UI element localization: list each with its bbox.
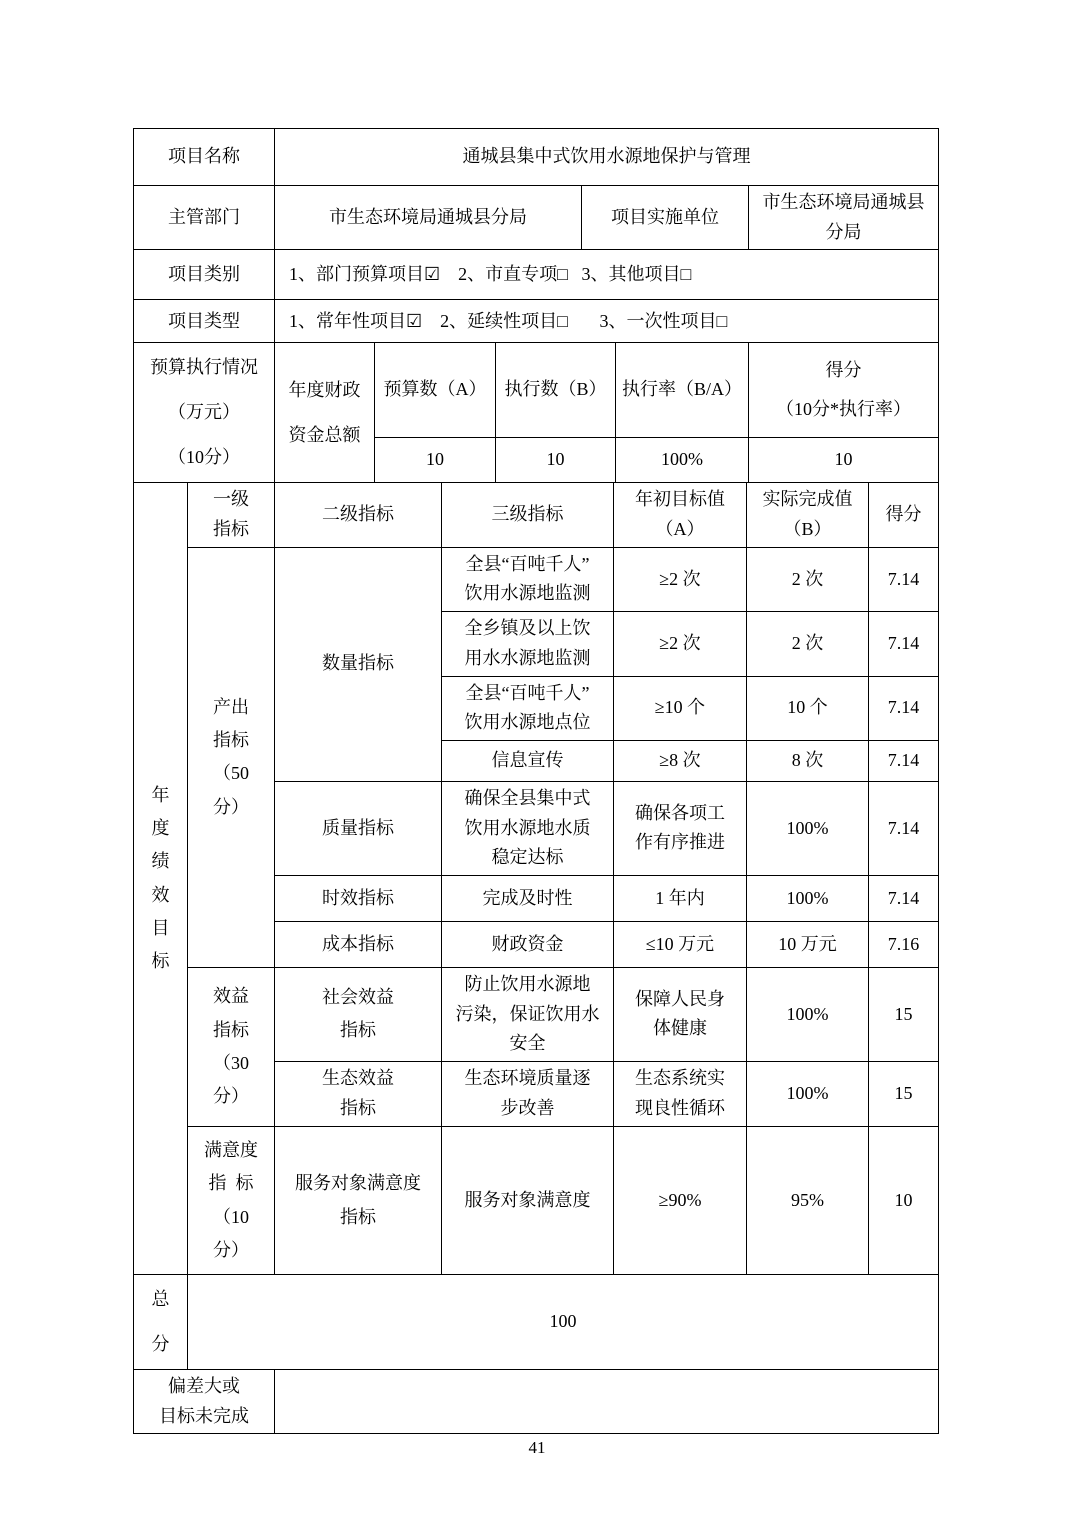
performance-indicators-table: 年 度 绩 效 目 标 一级 指标 二级指标 三级指标 年初目标值 （A） 实际… bbox=[133, 482, 939, 1275]
project-info-table: 项目名称 通城县集中式饮用水源地保护与管理 主管部门 市生态环境局通城县分局 项… bbox=[133, 128, 939, 343]
budget-score-header: 得分 （10分*执行率） bbox=[749, 343, 939, 438]
implementing-unit-label: 项目实施单位 bbox=[582, 186, 749, 250]
project-type-label: 项目类型 bbox=[134, 300, 275, 343]
indicator-score: 7.14 bbox=[869, 875, 939, 921]
indicator-score: 7.14 bbox=[869, 547, 939, 611]
page-number: 41 bbox=[0, 1438, 1074, 1458]
indicator-score: 15 bbox=[869, 1062, 939, 1127]
table-row: 项目类别 1、部门预算项目☑ 2、市直专项□ 3、其他项目□ bbox=[134, 250, 939, 300]
table-row: 总 分 100 bbox=[134, 1275, 939, 1370]
indicator-l3: 生态环境质量逐 步改善 bbox=[442, 1062, 614, 1127]
project-name-value: 通城县集中式饮用水源地保护与管理 bbox=[275, 129, 939, 186]
indicator-l3: 全县“百吨千人” 饮用水源地监测 bbox=[442, 547, 614, 611]
project-category-options: 1、部门预算项目☑ 2、市直专项□ 3、其他项目□ bbox=[275, 250, 939, 300]
budget-score-value: 10 bbox=[749, 438, 939, 483]
total-score-table: 总 分 100 bbox=[133, 1274, 939, 1370]
indicator-l3: 全县“百吨千人” 饮用水源地点位 bbox=[442, 676, 614, 740]
indicator-actual: 100% bbox=[747, 967, 869, 1061]
social-benefit-indicator-label: 社会效益 指标 bbox=[275, 967, 442, 1061]
execution-amount-value: 10 bbox=[496, 438, 616, 483]
indicator-actual: 10 个 bbox=[747, 676, 869, 740]
evaluation-table: 项目名称 通城县集中式饮用水源地保护与管理 主管部门 市生态环境局通城县分局 项… bbox=[133, 128, 939, 1434]
indicator-target: ≥10 个 bbox=[614, 676, 747, 740]
annual-performance-side-label: 年 度 绩 效 目 标 bbox=[134, 483, 188, 1275]
budget-execution-label: 预算执行情况 （万元） （10分） bbox=[134, 343, 275, 483]
quality-indicator-label: 质量指标 bbox=[275, 781, 442, 875]
indicator-l3: 财政资金 bbox=[442, 921, 614, 967]
table-row: 项目类型 1、常年性项目☑ 2、延续性项目□ 3、一次性项目□ bbox=[134, 300, 939, 343]
indicator-l3: 防止饮用水源地 污染，保证饮用水 安全 bbox=[442, 967, 614, 1061]
implementing-unit-value: 市生态环境局通城县 分局 bbox=[749, 186, 939, 250]
annual-fund-total-label: 年度财政 资金总额 bbox=[275, 343, 375, 483]
indicator-target: 1 年内 bbox=[614, 875, 747, 921]
table-row: 主管部门 市生态环境局通城县分局 项目实施单位 市生态环境局通城县 分局 bbox=[134, 186, 939, 250]
indicator-score: 7.14 bbox=[869, 612, 939, 676]
actual-value-header: 实际完成值 （B） bbox=[747, 483, 869, 547]
benefit-indicator-group-label: 效益 指标 （30 分） bbox=[188, 967, 275, 1126]
indicator-target: ≥2 次 bbox=[614, 547, 747, 611]
indicator-score: 7.14 bbox=[869, 676, 939, 740]
indicator-l3: 完成及时性 bbox=[442, 875, 614, 921]
target-value-header: 年初目标值 （A） bbox=[614, 483, 747, 547]
indicator-target: ≥2 次 bbox=[614, 612, 747, 676]
competent-dept-label: 主管部门 bbox=[134, 186, 275, 250]
indicator-l3: 全乡镇及以上饮 用水水源地监测 bbox=[442, 612, 614, 676]
table-row: 产出 指标 （50 分） 数量指标 全县“百吨千人” 饮用水源地监测 ≥2 次 … bbox=[134, 547, 939, 611]
total-score-value: 100 bbox=[188, 1275, 939, 1370]
indicator-actual: 100% bbox=[747, 875, 869, 921]
level1-indicator-header: 一级 指标 bbox=[188, 483, 275, 547]
competent-dept-value: 市生态环境局通城县分局 bbox=[275, 186, 582, 250]
score-header: 得分 bbox=[869, 483, 939, 547]
level3-indicator-header: 三级指标 bbox=[442, 483, 614, 547]
execution-rate-header: 执行率（B/A） bbox=[616, 343, 749, 438]
budget-amount-header: 预算数（A） bbox=[375, 343, 496, 438]
indicator-score: 7.14 bbox=[869, 781, 939, 875]
deviation-label: 偏差大或 目标未完成 bbox=[134, 1370, 275, 1434]
indicator-score: 7.16 bbox=[869, 921, 939, 967]
indicator-actual: 100% bbox=[747, 1062, 869, 1127]
indicator-score: 15 bbox=[869, 967, 939, 1061]
satisfaction-indicator-group-label: 满意度 指 标 （10 分） bbox=[188, 1127, 275, 1275]
table-row: 项目名称 通城县集中式饮用水源地保护与管理 bbox=[134, 129, 939, 186]
deviation-table: 偏差大或 目标未完成 bbox=[133, 1369, 939, 1434]
deviation-value bbox=[275, 1370, 939, 1434]
indicator-target: 确保各项工 作有序推进 bbox=[614, 781, 747, 875]
indicator-actual: 100% bbox=[747, 781, 869, 875]
budget-amount-value: 10 bbox=[375, 438, 496, 483]
indicator-actual: 95% bbox=[747, 1127, 869, 1275]
indicator-l3: 信息宣传 bbox=[442, 740, 614, 781]
cost-indicator-label: 成本指标 bbox=[275, 921, 442, 967]
indicator-actual: 8 次 bbox=[747, 740, 869, 781]
indicator-target: 生态系统实 现良性循环 bbox=[614, 1062, 747, 1127]
indicator-target: ≥90% bbox=[614, 1127, 747, 1275]
service-satisfaction-indicator-label: 服务对象满意度 指标 bbox=[275, 1127, 442, 1275]
indicator-l3: 确保全县集中式 饮用水源地水质 稳定达标 bbox=[442, 781, 614, 875]
table-row: 满意度 指 标 （10 分） 服务对象满意度 指标 服务对象满意度 ≥90% 9… bbox=[134, 1127, 939, 1275]
indicator-target: ≤10 万元 bbox=[614, 921, 747, 967]
eco-benefit-indicator-label: 生态效益 指标 bbox=[275, 1062, 442, 1127]
quantity-indicator-label: 数量指标 bbox=[275, 547, 442, 781]
indicator-target: 保障人民身 体健康 bbox=[614, 967, 747, 1061]
document-page: 项目名称 通城县集中式饮用水源地保护与管理 主管部门 市生态环境局通城县分局 项… bbox=[0, 0, 1074, 1520]
execution-rate-value: 100% bbox=[616, 438, 749, 483]
table-row: 偏差大或 目标未完成 bbox=[134, 1370, 939, 1434]
indicator-score: 10 bbox=[869, 1127, 939, 1275]
table-row: 年 度 绩 效 目 标 一级 指标 二级指标 三级指标 年初目标值 （A） 实际… bbox=[134, 483, 939, 547]
output-indicator-group-label: 产出 指标 （50 分） bbox=[188, 547, 275, 967]
project-name-label: 项目名称 bbox=[134, 129, 275, 186]
project-type-options: 1、常年性项目☑ 2、延续性项目□ 3、一次性项目□ bbox=[275, 300, 939, 343]
table-row: 效益 指标 （30 分） 社会效益 指标 防止饮用水源地 污染，保证饮用水 安全… bbox=[134, 967, 939, 1061]
timeliness-indicator-label: 时效指标 bbox=[275, 875, 442, 921]
table-row: 预算执行情况 （万元） （10分） 年度财政 资金总额 预算数（A） 执行数（B… bbox=[134, 343, 939, 438]
budget-execution-table: 预算执行情况 （万元） （10分） 年度财政 资金总额 预算数（A） 执行数（B… bbox=[133, 342, 939, 483]
total-score-label: 总 分 bbox=[134, 1275, 188, 1370]
execution-amount-header: 执行数（B） bbox=[496, 343, 616, 438]
indicator-actual: 10 万元 bbox=[747, 921, 869, 967]
level2-indicator-header: 二级指标 bbox=[275, 483, 442, 547]
indicator-actual: 2 次 bbox=[747, 547, 869, 611]
indicator-actual: 2 次 bbox=[747, 612, 869, 676]
indicator-score: 7.14 bbox=[869, 740, 939, 781]
indicator-l3: 服务对象满意度 bbox=[442, 1127, 614, 1275]
project-category-label: 项目类别 bbox=[134, 250, 275, 300]
indicator-target: ≥8 次 bbox=[614, 740, 747, 781]
